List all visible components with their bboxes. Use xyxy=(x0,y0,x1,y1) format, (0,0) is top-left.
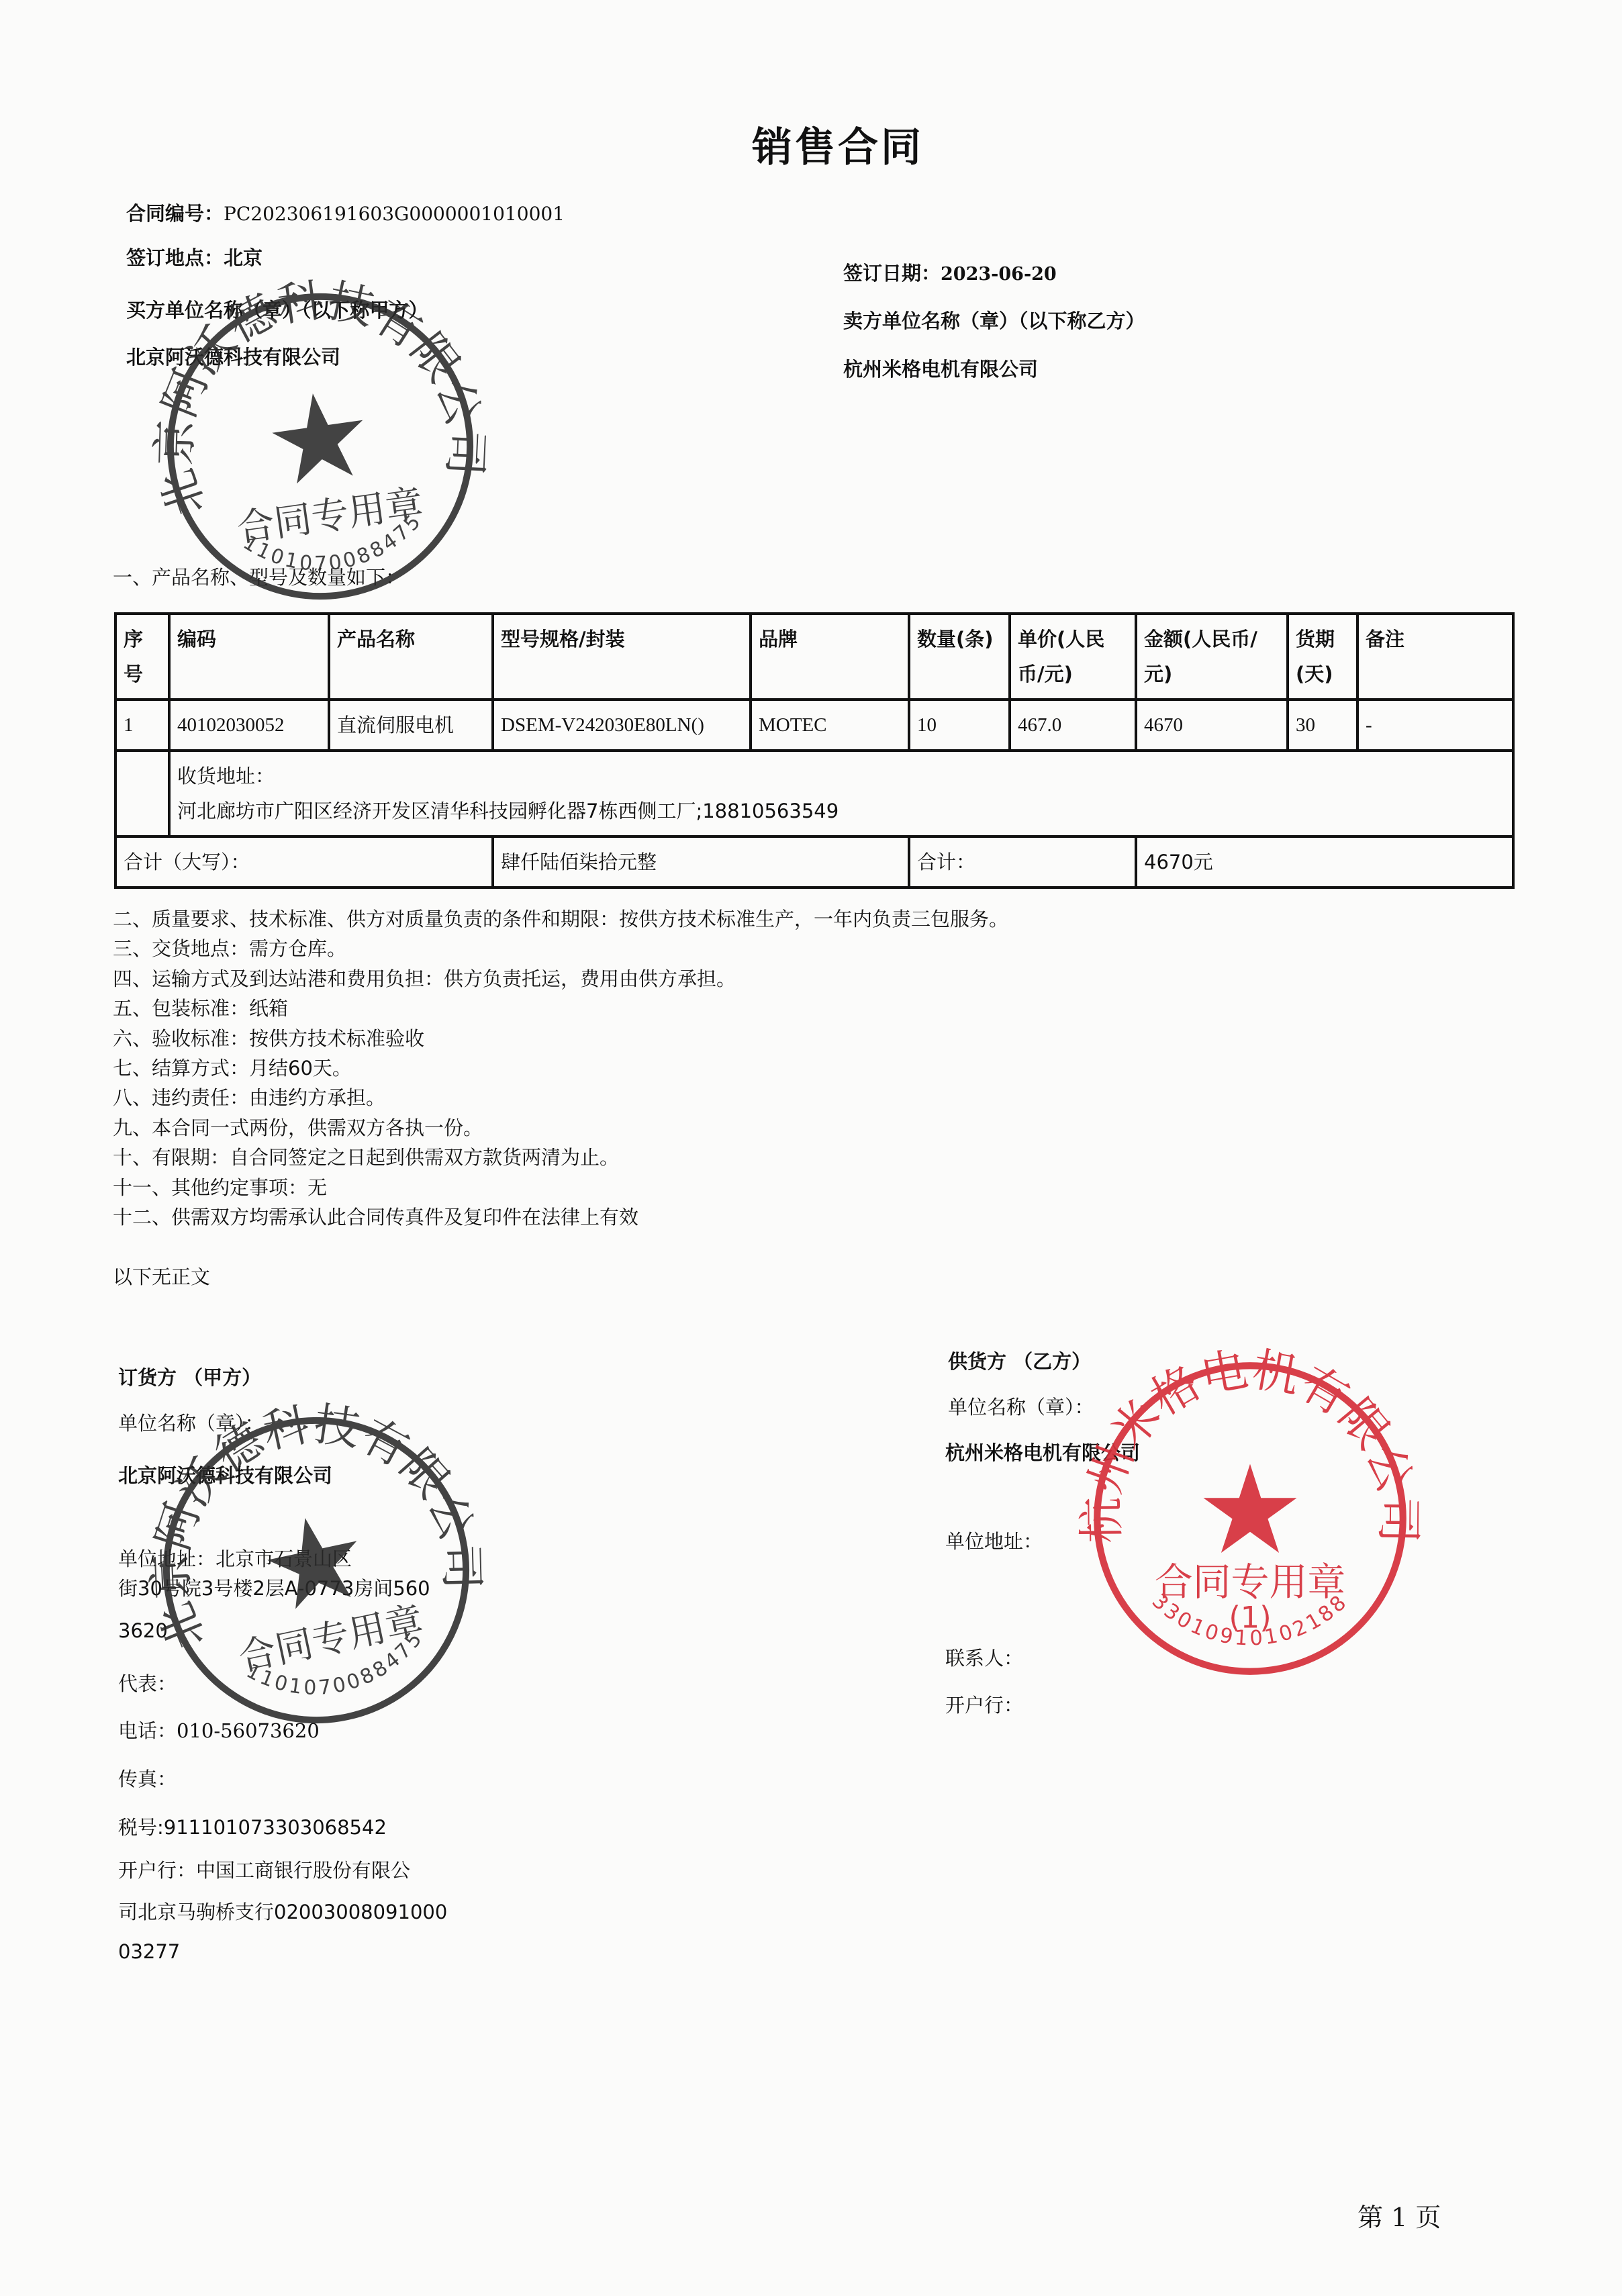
seller-address-label: 单位地址： xyxy=(945,1527,1043,1554)
cell-code: 40102030052 xyxy=(169,700,329,751)
clause-5: 五、包装标准：纸箱 xyxy=(113,994,1008,1023)
header-amount: 金额(人民币/元) xyxy=(1136,614,1288,700)
header-seq: 序号 xyxy=(115,614,169,700)
delivery-address: 河北廊坊市广阳区经济开发区清华科技园孵化器7栋西侧工厂;18810563549 xyxy=(177,794,1505,828)
svg-text:北京阿沃德科技有限公司: 北京阿沃德科技有限公司 xyxy=(111,1366,497,1659)
seller-unit-name-label: 单位名称（章）： xyxy=(948,1392,1094,1420)
contract-number: 合同编号：PC202306191603G0000001010001 xyxy=(126,199,565,226)
table-header-row: 序号 编码 产品名称 型号规格/封装 品牌 数量(条) 单价(人民币/元) 金额… xyxy=(115,614,1513,700)
svg-text:北京阿沃德科技有限公司: 北京阿沃德科技有限公司 xyxy=(125,252,499,524)
clause-10: 十、有限期：自合同签定之日起到供需双方款货两清为止。 xyxy=(113,1143,1008,1172)
page-number: 第 1 页 xyxy=(1357,2197,1441,2234)
end-of-text-note: 以下无正文 xyxy=(113,1262,210,1290)
sign-date-value: 2023-06-20 xyxy=(941,264,1057,285)
clause-12: 十二、供需双方均需承认此合同传真件及复印件在法律上有效 xyxy=(113,1202,1008,1232)
buyer-bank-value: 中国工商银行股份有限公 xyxy=(196,1859,410,1882)
seller-company-seal: 杭州米格电机有限公司合同专用章(1)33010910102188 xyxy=(1086,1355,1414,1682)
total-row: 合计（大写）： 肆仟陆佰柒拾元整 合计： 4670元 xyxy=(115,836,1513,888)
address-row: 收货地址： 河北廊坊市广阳区经济开发区清华科技园孵化器7栋西侧工厂;188105… xyxy=(115,751,1513,836)
svg-text:合同专用章: 合同专用章 xyxy=(1155,1560,1346,1605)
sign-place-value: 北京 xyxy=(224,246,263,269)
clause-11: 十一、其他约定事项：无 xyxy=(113,1173,1008,1202)
cell-lead-time: 30 xyxy=(1288,700,1357,751)
header-qty: 数量(条) xyxy=(909,614,1010,700)
cell-seq: 1 xyxy=(115,700,169,751)
clause-2: 二、质量要求、技术标准、供方对质量负责的条件和期限：按供方技术标准生产，一年内负… xyxy=(113,904,1008,934)
contract-number-label: 合同编号： xyxy=(126,202,224,225)
total-value: 4670元 xyxy=(1136,836,1513,888)
clause-3: 三、交货地点：需方仓库。 xyxy=(113,934,1008,963)
header-lead-time: 货期(天) xyxy=(1288,614,1357,700)
document-title: 销售合同 xyxy=(0,115,1622,173)
cell-qty: 10 xyxy=(909,700,1010,751)
total-upper-label: 合计（大写）： xyxy=(115,836,493,888)
header-unit-price: 单价(人民币/元) xyxy=(1010,614,1136,700)
contract-clauses: 二、质量要求、技术标准、供方对质量负责的条件和期限：按供方技术标准生产，一年内负… xyxy=(113,904,1008,1232)
clause-6: 六、验收标准：按供方技术标准验收 xyxy=(113,1024,1008,1053)
seal-icon: 北京阿沃德科技有限公司合同专用章1101070088475 xyxy=(156,1410,477,1731)
header-code: 编码 xyxy=(169,614,329,700)
sign-date-label: 签订日期： xyxy=(843,262,941,285)
header-brand: 品牌 xyxy=(751,614,909,700)
clause-8: 八、违约责任：由违约方承担。 xyxy=(113,1083,1008,1112)
seller-contact-label: 联系人： xyxy=(945,1643,1023,1671)
header-model: 型号规格/封装 xyxy=(493,614,751,700)
sign-date: 签订日期：2023-06-20 xyxy=(843,258,1057,286)
clause-4: 四、运输方式及到达站港和费用负担：供方负责托运，费用由供方承担。 xyxy=(113,964,1008,994)
items-table: 序号 编码 产品名称 型号规格/封装 品牌 数量(条) 单价(人民币/元) 金额… xyxy=(114,612,1515,889)
seller-block-heading: 供货方 （乙方） xyxy=(948,1347,1091,1374)
cell-unit-price: 467.0 xyxy=(1010,700,1136,751)
buyer-company-seal-bottom: 北京阿沃德科技有限公司合同专用章1101070088475 xyxy=(156,1410,477,1731)
cell-product-name: 直流伺服电机 xyxy=(329,700,493,751)
buyer-company-seal-top: 北京阿沃德科技有限公司合同专用章1101070088475 xyxy=(160,286,481,607)
buyer-bank-line2: 司北京马驹桥支行02003008091000 xyxy=(118,1897,447,1925)
cell-amount: 4670 xyxy=(1136,700,1288,751)
buyer-bank-label: 开户行： xyxy=(118,1859,196,1882)
buyer-bank-line3: 03277 xyxy=(118,1940,180,1963)
table-row: 1 40102030052 直流伺服电机 DSEM-V242030E80LN()… xyxy=(115,700,1513,751)
delivery-address-label: 收货地址： xyxy=(177,759,1505,794)
sign-place-label: 签订地点： xyxy=(126,246,224,269)
seal-icon: 北京阿沃德科技有限公司合同专用章1101070088475 xyxy=(160,286,481,607)
delivery-address-cell: 收货地址： 河北廊坊市广阳区经济开发区清华科技园孵化器7栋西侧工厂;188105… xyxy=(169,751,1513,836)
sign-place: 签订地点：北京 xyxy=(126,243,263,271)
header-product-name: 产品名称 xyxy=(329,614,493,700)
clause-9: 九、本合同一式两份，供需双方各执一份。 xyxy=(113,1113,1008,1143)
cell-brand: MOTEC xyxy=(751,700,909,751)
total-label: 合计： xyxy=(909,836,1136,888)
seller-bank-label: 开户行： xyxy=(945,1690,1023,1718)
buyer-fax-label: 传真： xyxy=(118,1764,177,1792)
cell-remark: - xyxy=(1357,700,1513,751)
clause-7: 七、结算方式：月结60天。 xyxy=(113,1053,1008,1083)
buyer-block-heading: 订货方 （甲方） xyxy=(118,1363,261,1390)
buyer-bank-line1: 开户行：中国工商银行股份有限公 xyxy=(118,1856,410,1883)
header-remark: 备注 xyxy=(1357,614,1513,700)
buyer-tax: 税号:911101073303068542 xyxy=(118,1813,387,1840)
total-upper-value: 肆仟陆佰柒拾元整 xyxy=(493,836,909,888)
seller-name: 杭州米格电机有限公司 xyxy=(843,354,1038,382)
contract-number-value: PC202306191603G0000001010001 xyxy=(224,203,565,225)
seal-icon: 杭州米格电机有限公司合同专用章(1)33010910102188 xyxy=(1086,1355,1414,1682)
seller-label: 卖方单位名称（章）（以下称乙方） xyxy=(843,306,1145,334)
buyer-tax-value: 911101073303068542 xyxy=(164,1816,387,1839)
cell-model: DSEM-V242030E80LN() xyxy=(493,700,751,751)
buyer-tax-label: 税号: xyxy=(118,1816,164,1839)
